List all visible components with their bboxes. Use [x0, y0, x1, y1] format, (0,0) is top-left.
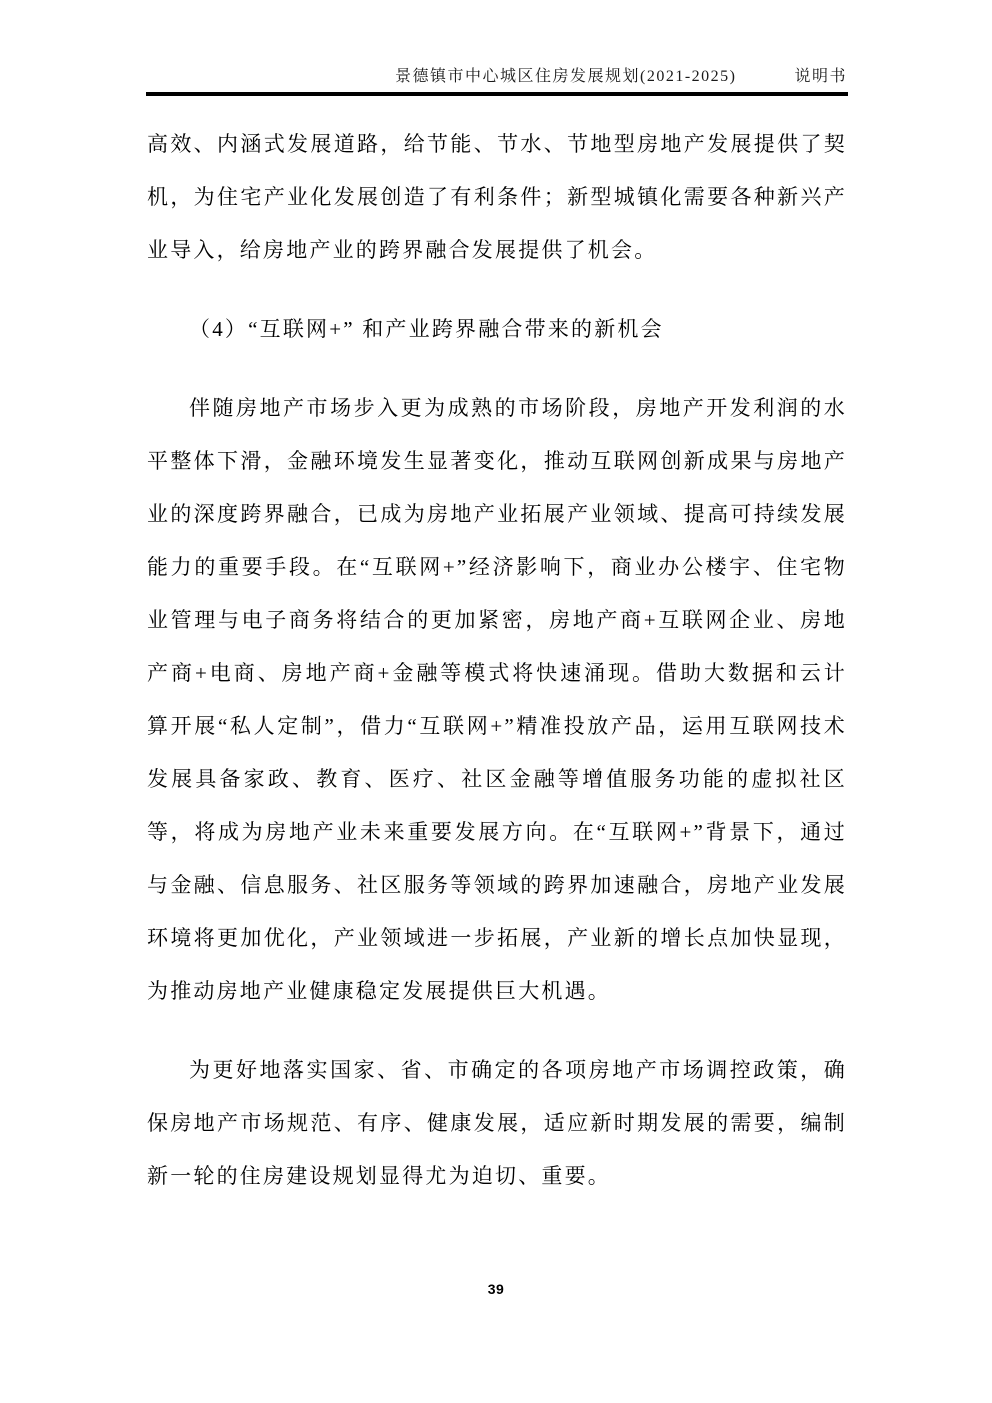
section-heading: （4）“互联网+” 和产业跨界融合带来的新机会: [147, 303, 847, 356]
page-header: 景德镇市中心城区住房发展规划(2021-2025)说明书: [147, 63, 847, 86]
header-doc-type: 说明书: [794, 68, 847, 85]
header-divider: [146, 92, 848, 96]
paragraph: 伴随房地产市场步入更为成熟的市场阶段，房地产开发利润的水平整体下滑，金融环境发生…: [147, 382, 847, 1018]
page-number: 39: [0, 1281, 992, 1297]
document-body: 高效、内涵式发展道路，给节能、节水、节地型房地产发展提供了契机，为住宅产业化发展…: [147, 118, 847, 1229]
document-page: 景德镇市中心城区住房发展规划(2021-2025)说明书 高效、内涵式发展道路，…: [0, 0, 992, 1403]
paragraph: 为更好地落实国家、省、市确定的各项房地产市场调控政策，确保房地产市场规范、有序、…: [147, 1044, 847, 1203]
paragraph-continuation: 高效、内涵式发展道路，给节能、节水、节地型房地产发展提供了契机，为住宅产业化发展…: [147, 118, 847, 277]
header-title: 景德镇市中心城区住房发展规划(2021-2025): [395, 68, 737, 85]
